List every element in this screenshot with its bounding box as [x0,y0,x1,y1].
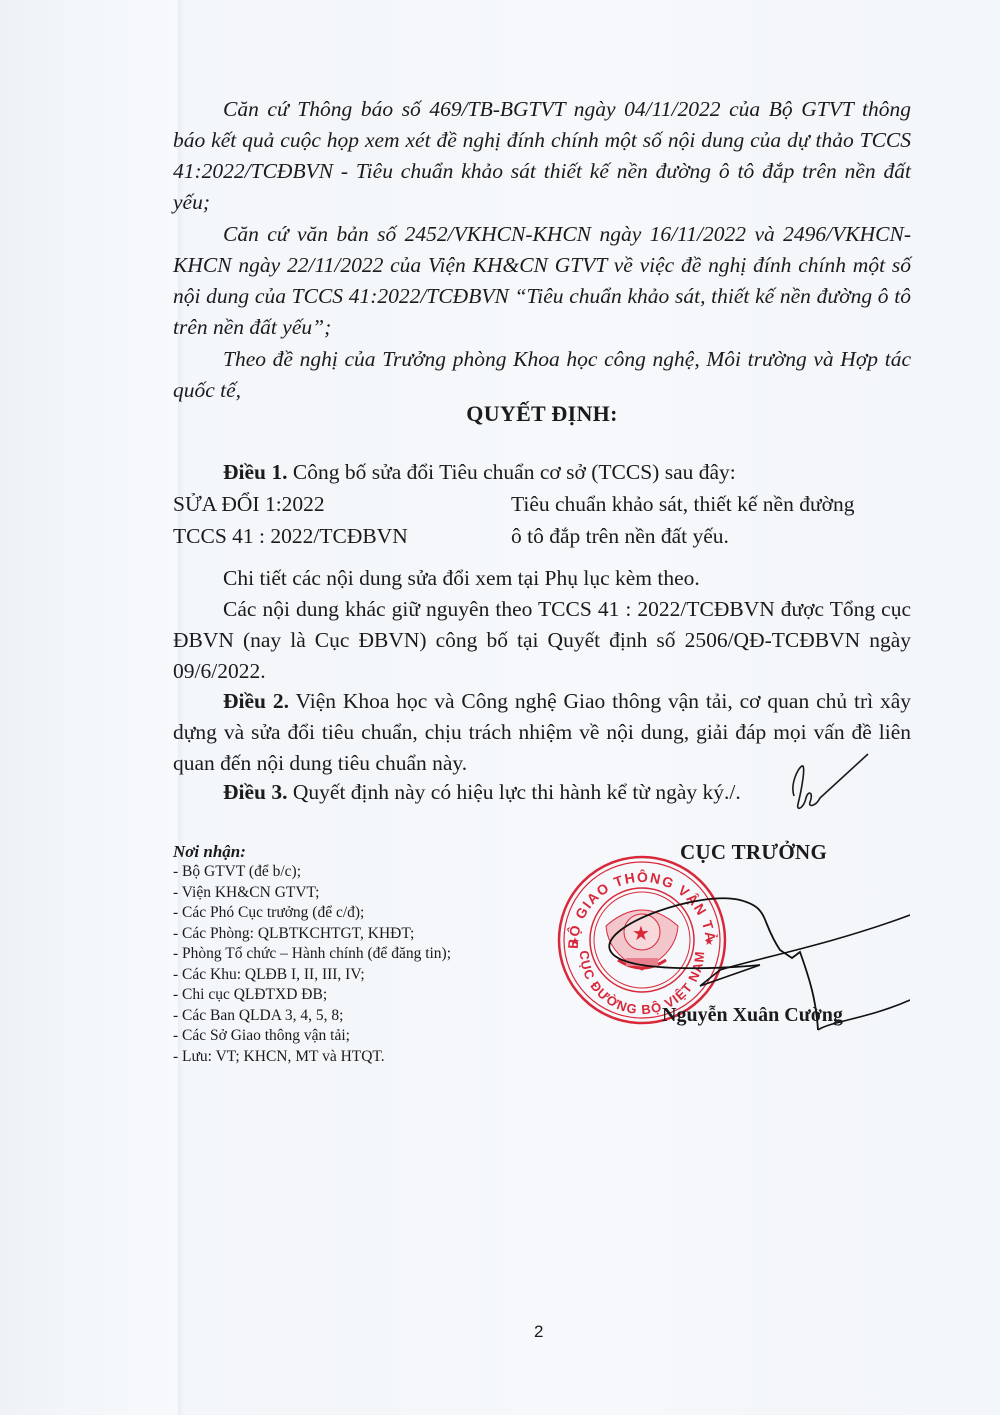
svg-text:★: ★ [632,923,650,945]
article-1-label: Điều 1. [223,460,288,484]
recipients-title: Nơi nhận: [173,842,533,862]
recipient-item: Các Ban QLDA 3, 4, 5, 8; [173,1006,533,1027]
standard-title: Tiêu chuẩn khảo sát, thiết kế nền đường [511,488,911,520]
standard-table: SỬA ĐỔI 1:2022 Tiêu chuẩn khảo sát, thiế… [173,488,911,552]
article-3-label: Điều 3. [223,780,288,804]
recipient-item: Các Phó Cục trưởng (để c/đ); [173,903,533,924]
article-1-other: Các nội dung khác giữ nguyên theo TCCS 4… [173,594,911,687]
recipient-item: Các Phòng: QLBTKCHTGT, KHĐT; [173,924,533,945]
recipient-item: Viện KH&CN GTVT; [173,883,533,904]
recipient-item: Các Sở Giao thông vận tải; [173,1026,533,1047]
preamble-paragraph-2: Căn cứ văn bản số 2452/VKHCN-KHCN ngày 1… [173,219,911,343]
article-3-text: Quyết định này có hiệu lực thi hành kể t… [288,780,741,804]
page-number: 2 [534,1322,543,1342]
article-1-detail: Chi tiết các nội dung sửa đổi xem tại Ph… [173,563,911,594]
article-1-text: Công bố sửa đổi Tiêu chuẩn cơ sở (TCCS) … [288,460,736,484]
recipient-item: Phòng Tổ chức – Hành chính (để đăng tin)… [173,944,533,965]
standard-row: TCCS 41 : 2022/TCĐBVN ô tô đắp trên nền … [173,520,911,552]
initials-signature-icon [780,748,870,818]
standard-code: TCCS 41 : 2022/TCĐBVN [173,520,511,552]
official-seal-icon: BỘ GIAO THÔNG VẬN TẢI CỤC ĐƯỜNG BỘ VIỆT … [556,854,728,1026]
preamble-paragraph-3: Theo đề nghị của Trưởng phòng Khoa học c… [173,344,911,406]
article-2-label: Điều 2. [223,689,289,713]
svg-text:★: ★ [704,936,714,948]
svg-text:★: ★ [570,936,580,948]
signer-name: Nguyễn Xuân Cường [662,1004,843,1027]
recipient-item: Lưu: VT; KHCN, MT và HTQT. [173,1047,533,1068]
recipient-item: Các Khu: QLĐB I, II, III, IV; [173,965,533,986]
recipients-block: Nơi nhận: Bộ GTVT (để b/c); Viện KH&CN G… [173,842,533,1067]
recipients-list: Bộ GTVT (để b/c); Viện KH&CN GTVT; Các P… [173,862,533,1067]
decision-title: QUYẾT ĐỊNH: [173,401,911,427]
standard-row: SỬA ĐỔI 1:2022 Tiêu chuẩn khảo sát, thiế… [173,488,911,520]
standard-code: SỬA ĐỔI 1:2022 [173,488,511,520]
standard-title: ô tô đắp trên nền đất yếu. [511,520,911,552]
article-1: Điều 1. Công bố sửa đổi Tiêu chuẩn cơ sở… [173,457,911,488]
document-page: Căn cứ Thông báo số 469/TB-BGTVT ngày 04… [0,0,1000,1415]
recipient-item: Bộ GTVT (để b/c); [173,862,533,883]
preamble-paragraph-1: Căn cứ Thông báo số 469/TB-BGTVT ngày 04… [173,94,911,218]
recipient-item: Chi cục QLĐTXD ĐB; [173,985,533,1006]
